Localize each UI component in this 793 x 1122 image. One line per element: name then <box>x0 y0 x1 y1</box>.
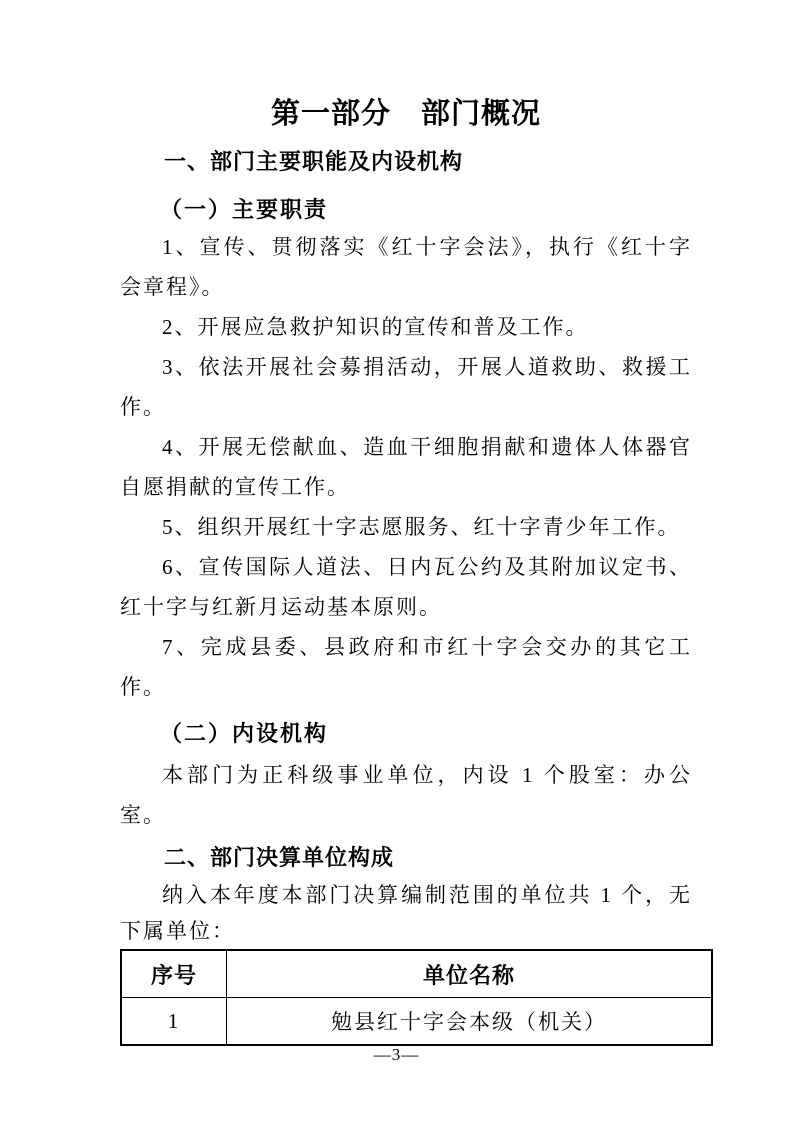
internal-structure-paragraph: 本部门为正科级事业单位，内设 1 个股室：办公室。 <box>120 755 692 835</box>
units-table: 序号 单位名称 1 勉县红十字会本级（机关） <box>120 949 713 1046</box>
subsection-heading-duties: （一）主要职责 <box>120 195 692 225</box>
cell-unit-name: 勉县红十字会本级（机关） <box>227 998 713 1046</box>
units-table-header-row: 序号 单位名称 <box>121 950 712 998</box>
duty-paragraph-1: 1、宣传、贯彻落实《红十字会法》，执行《红十字会章程》。 <box>120 227 692 307</box>
duty-paragraph-2: 2、开展应急救护知识的宣传和普及工作。 <box>120 307 692 347</box>
duty-paragraph-5: 5、组织开展红十字志愿服务、红十字青少年工作。 <box>120 507 692 547</box>
page-title: 第一部分 部门概况 <box>120 97 692 131</box>
section-heading-unit-composition: 二、部门决算单位构成 <box>120 843 692 873</box>
cell-row-index: 1 <box>121 998 227 1046</box>
units-table-row: 1 勉县红十字会本级（机关） <box>121 998 712 1046</box>
document-content: 第一部分 部门概况 一、部门主要职能及内设机构 （一）主要职责 1、宣传、贯彻落… <box>120 0 692 1046</box>
duty-paragraph-7: 7、完成县委、县政府和市红十字会交办的其它工作。 <box>120 627 692 707</box>
subsection-heading-internal-structure: （二）内设机构 <box>120 719 692 749</box>
page-number: —3— <box>0 1045 793 1065</box>
col-header-index: 序号 <box>121 950 227 998</box>
unit-composition-paragraph: 纳入本年度本部门决算编制范围的单位共 1 个，无下属单位： <box>120 877 692 949</box>
document-page: 第一部分 部门概况 一、部门主要职能及内设机构 （一）主要职责 1、宣传、贯彻落… <box>0 0 793 1122</box>
duty-paragraph-6: 6、宣传国际人道法、日内瓦公约及其附加议定书、红十字与红新月运动基本原则。 <box>120 547 692 627</box>
section-heading-functions: 一、部门主要职能及内设机构 <box>120 147 692 177</box>
duty-paragraph-3: 3、依法开展社会募捐活动，开展人道救助、救援工作。 <box>120 347 692 427</box>
duty-paragraph-4: 4、开展无偿献血、造血干细胞捐献和遗体人体器官自愿捐献的宣传工作。 <box>120 427 692 507</box>
col-header-unit-name: 单位名称 <box>227 950 713 998</box>
